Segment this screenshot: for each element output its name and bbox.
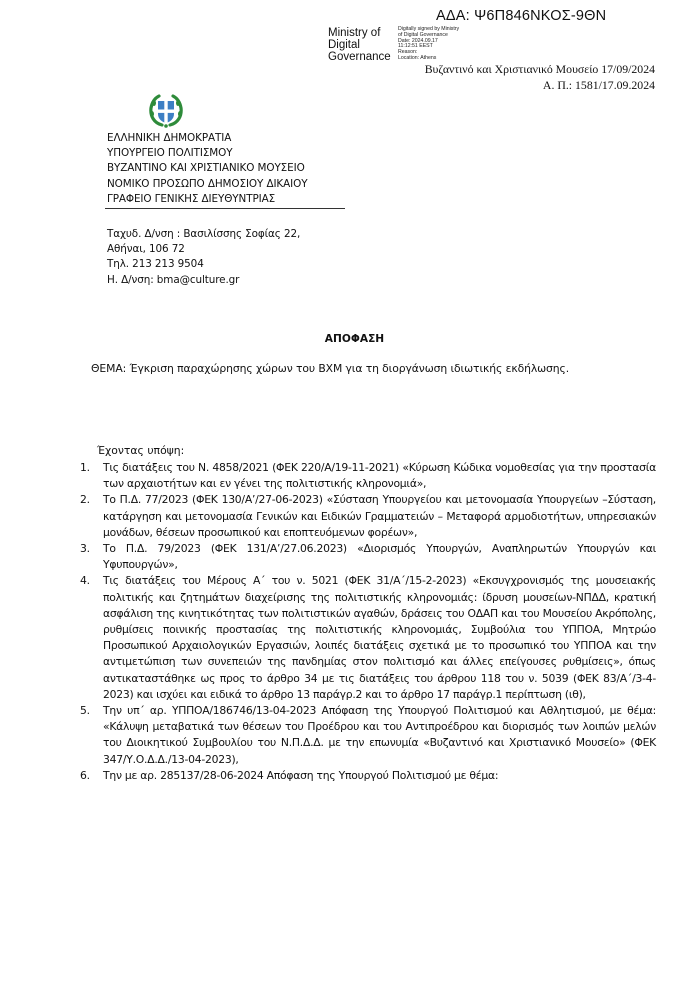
- item-number: 4.: [80, 573, 90, 589]
- item-number: 6.: [80, 768, 90, 784]
- email-line: Η. Δ/νση: bma@culture.gr: [107, 273, 300, 288]
- address-line: Αθήναι, 106 72: [107, 242, 300, 257]
- contact-address: Ταχυδ. Δ/νση : Βασιλίσσης Σοφίας 22, Αθή…: [107, 227, 300, 288]
- signature-name-line: Ministry of: [328, 27, 391, 39]
- item-text: Τις διατάξεις του Μέρους Α΄ του ν. 5021 …: [103, 574, 656, 700]
- document-title: ΑΠΟΦΑΣΗ: [0, 333, 699, 345]
- museum-date-stamp: Βυζαντινό και Χριστιανικό Μουσείο 17/09/…: [425, 62, 655, 77]
- item-number: 5.: [80, 703, 90, 719]
- considering-heading: Έχοντας υπόψη:: [97, 444, 184, 457]
- digital-signature-issuer: Ministry of Digital Governance: [328, 27, 391, 63]
- document-subject: ΘΕΜΑ: Έγκριση παραχώρησης χώρων του ΒΧΜ …: [91, 360, 654, 378]
- signature-name-line: Governance: [328, 51, 391, 63]
- item-number: 2.: [80, 492, 90, 508]
- list-item: 5.Την υπ΄ αρ. ΥΠΠΟΑ/186746/13-04-2023 Απ…: [80, 703, 656, 768]
- signature-name-line: Digital: [328, 39, 391, 51]
- list-item: 6.Την με αρ. 285137/28-06-2024 Απόφαση τ…: [80, 768, 656, 784]
- org-line: ΥΠΟΥΡΓΕΙΟ ΠΟΛΙΤΙΣΜΟΥ: [107, 146, 307, 161]
- org-divider: [105, 208, 345, 209]
- org-line: ΝΟΜΙΚΟ ΠΡΟΣΩΠΟ ΔΗΜΟΣΙΟΥ ΔΙΚΑΙΟΥ: [107, 177, 307, 192]
- org-line: ΓΡΑΦΕΙΟ ΓΕΝΙΚΗΣ ΔΙΕΥΘΥΝΤΡΙΑΣ: [107, 192, 307, 207]
- signature-detail-line: Location: Athens: [398, 56, 459, 62]
- item-text: Το Π.Δ. 77/2023 (ΦΕΚ 130/Α’/27-06-2023) …: [103, 493, 656, 538]
- list-item: 1.Τις διατάξεις του Ν. 4858/2021 (ΦΕΚ 22…: [80, 460, 656, 492]
- address-line: Ταχυδ. Δ/νση : Βασιλίσσης Σοφίας 22,: [107, 227, 300, 242]
- ada-code: ΑΔΑ: Ψ6Π846ΝΚΟΣ-9ΘΝ: [436, 8, 606, 24]
- greek-coat-of-arms-icon: [148, 94, 184, 128]
- item-text: Την υπ΄ αρ. ΥΠΠΟΑ/186746/13-04-2023 Απόφ…: [103, 704, 656, 766]
- org-line: ΕΛΛΗΝΙΚΗ ΔΗΜΟΚΡΑΤΙΑ: [107, 131, 307, 146]
- item-number: 3.: [80, 541, 90, 557]
- list-item: 2.Το Π.Δ. 77/2023 (ΦΕΚ 130/Α’/27-06-2023…: [80, 492, 656, 541]
- item-number: 1.: [80, 460, 90, 476]
- item-text: Την με αρ. 285137/28-06-2024 Απόφαση της…: [103, 769, 498, 782]
- list-item: 4.Τις διατάξεις του Μέρους Α΄ του ν. 502…: [80, 573, 656, 703]
- list-item: 3.Το Π.Δ. 79/2023 (ΦΕΚ 131/Α’/27.06.2023…: [80, 541, 656, 573]
- item-text: Τις διατάξεις του Ν. 4858/2021 (ΦΕΚ 220/…: [103, 461, 656, 490]
- digital-signature-details: Digitally signed by Ministry of Digital …: [398, 27, 459, 62]
- phone-line: Τηλ. 213 213 9504: [107, 257, 300, 272]
- issuing-organization: ΕΛΛΗΝΙΚΗ ΔΗΜΟΚΡΑΤΙΑ ΥΠΟΥΡΓΕΙΟ ΠΟΛΙΤΙΣΜΟΥ…: [107, 131, 307, 207]
- subject-text: ΘΕΜΑ: Έγκριση παραχώρησης χώρων του ΒΧΜ …: [91, 362, 569, 375]
- item-text: Το Π.Δ. 79/2023 (ΦΕΚ 131/Α’/27.06.2023) …: [103, 542, 656, 571]
- org-line: ΒΥΖΑΝΤΙΝΟ ΚΑΙ ΧΡΙΣΤΙΑΝΙΚΟ ΜΟΥΣΕΙΟ: [107, 161, 307, 176]
- protocol-number: Α. Π.: 1581/17.09.2024: [543, 78, 655, 93]
- legal-basis-list: 1.Τις διατάξεις του Ν. 4858/2021 (ΦΕΚ 22…: [80, 460, 656, 784]
